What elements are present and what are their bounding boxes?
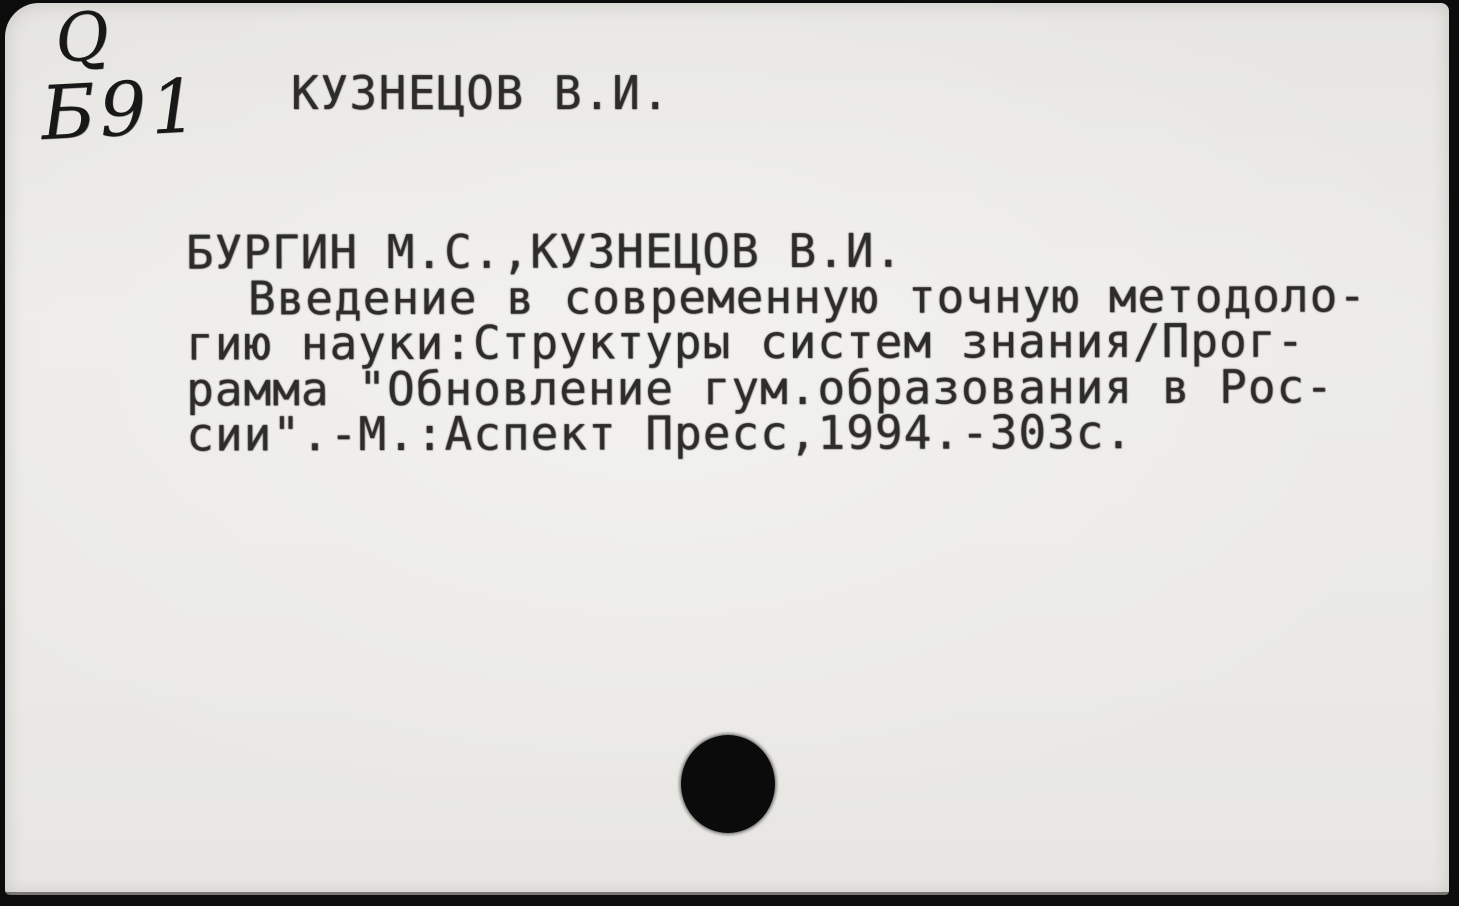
punch-hole — [681, 735, 775, 833]
card-bottom-edge — [5, 892, 1449, 895]
entry-line-imprint: сии".-М.:Аспект Пресс,1994.-303с. — [186, 409, 1367, 458]
catalog-entry: БУРГИН М.С.,КУЗНЕЦОВ В.И. Введение в сов… — [186, 227, 1368, 458]
author-cutter-mark: Б91 — [39, 63, 204, 157]
scan-frame: Q Б91 КУЗНЕЦОВ В.И. БУРГИН М.С.,КУЗНЕЦОВ… — [0, 0, 1459, 906]
card-heading-author: КУЗНЕЦОВ В.И. — [291, 69, 671, 117]
catalog-card: Q Б91 КУЗНЕЦОВ В.И. БУРГИН М.С.,КУЗНЕЦОВ… — [5, 3, 1449, 895]
